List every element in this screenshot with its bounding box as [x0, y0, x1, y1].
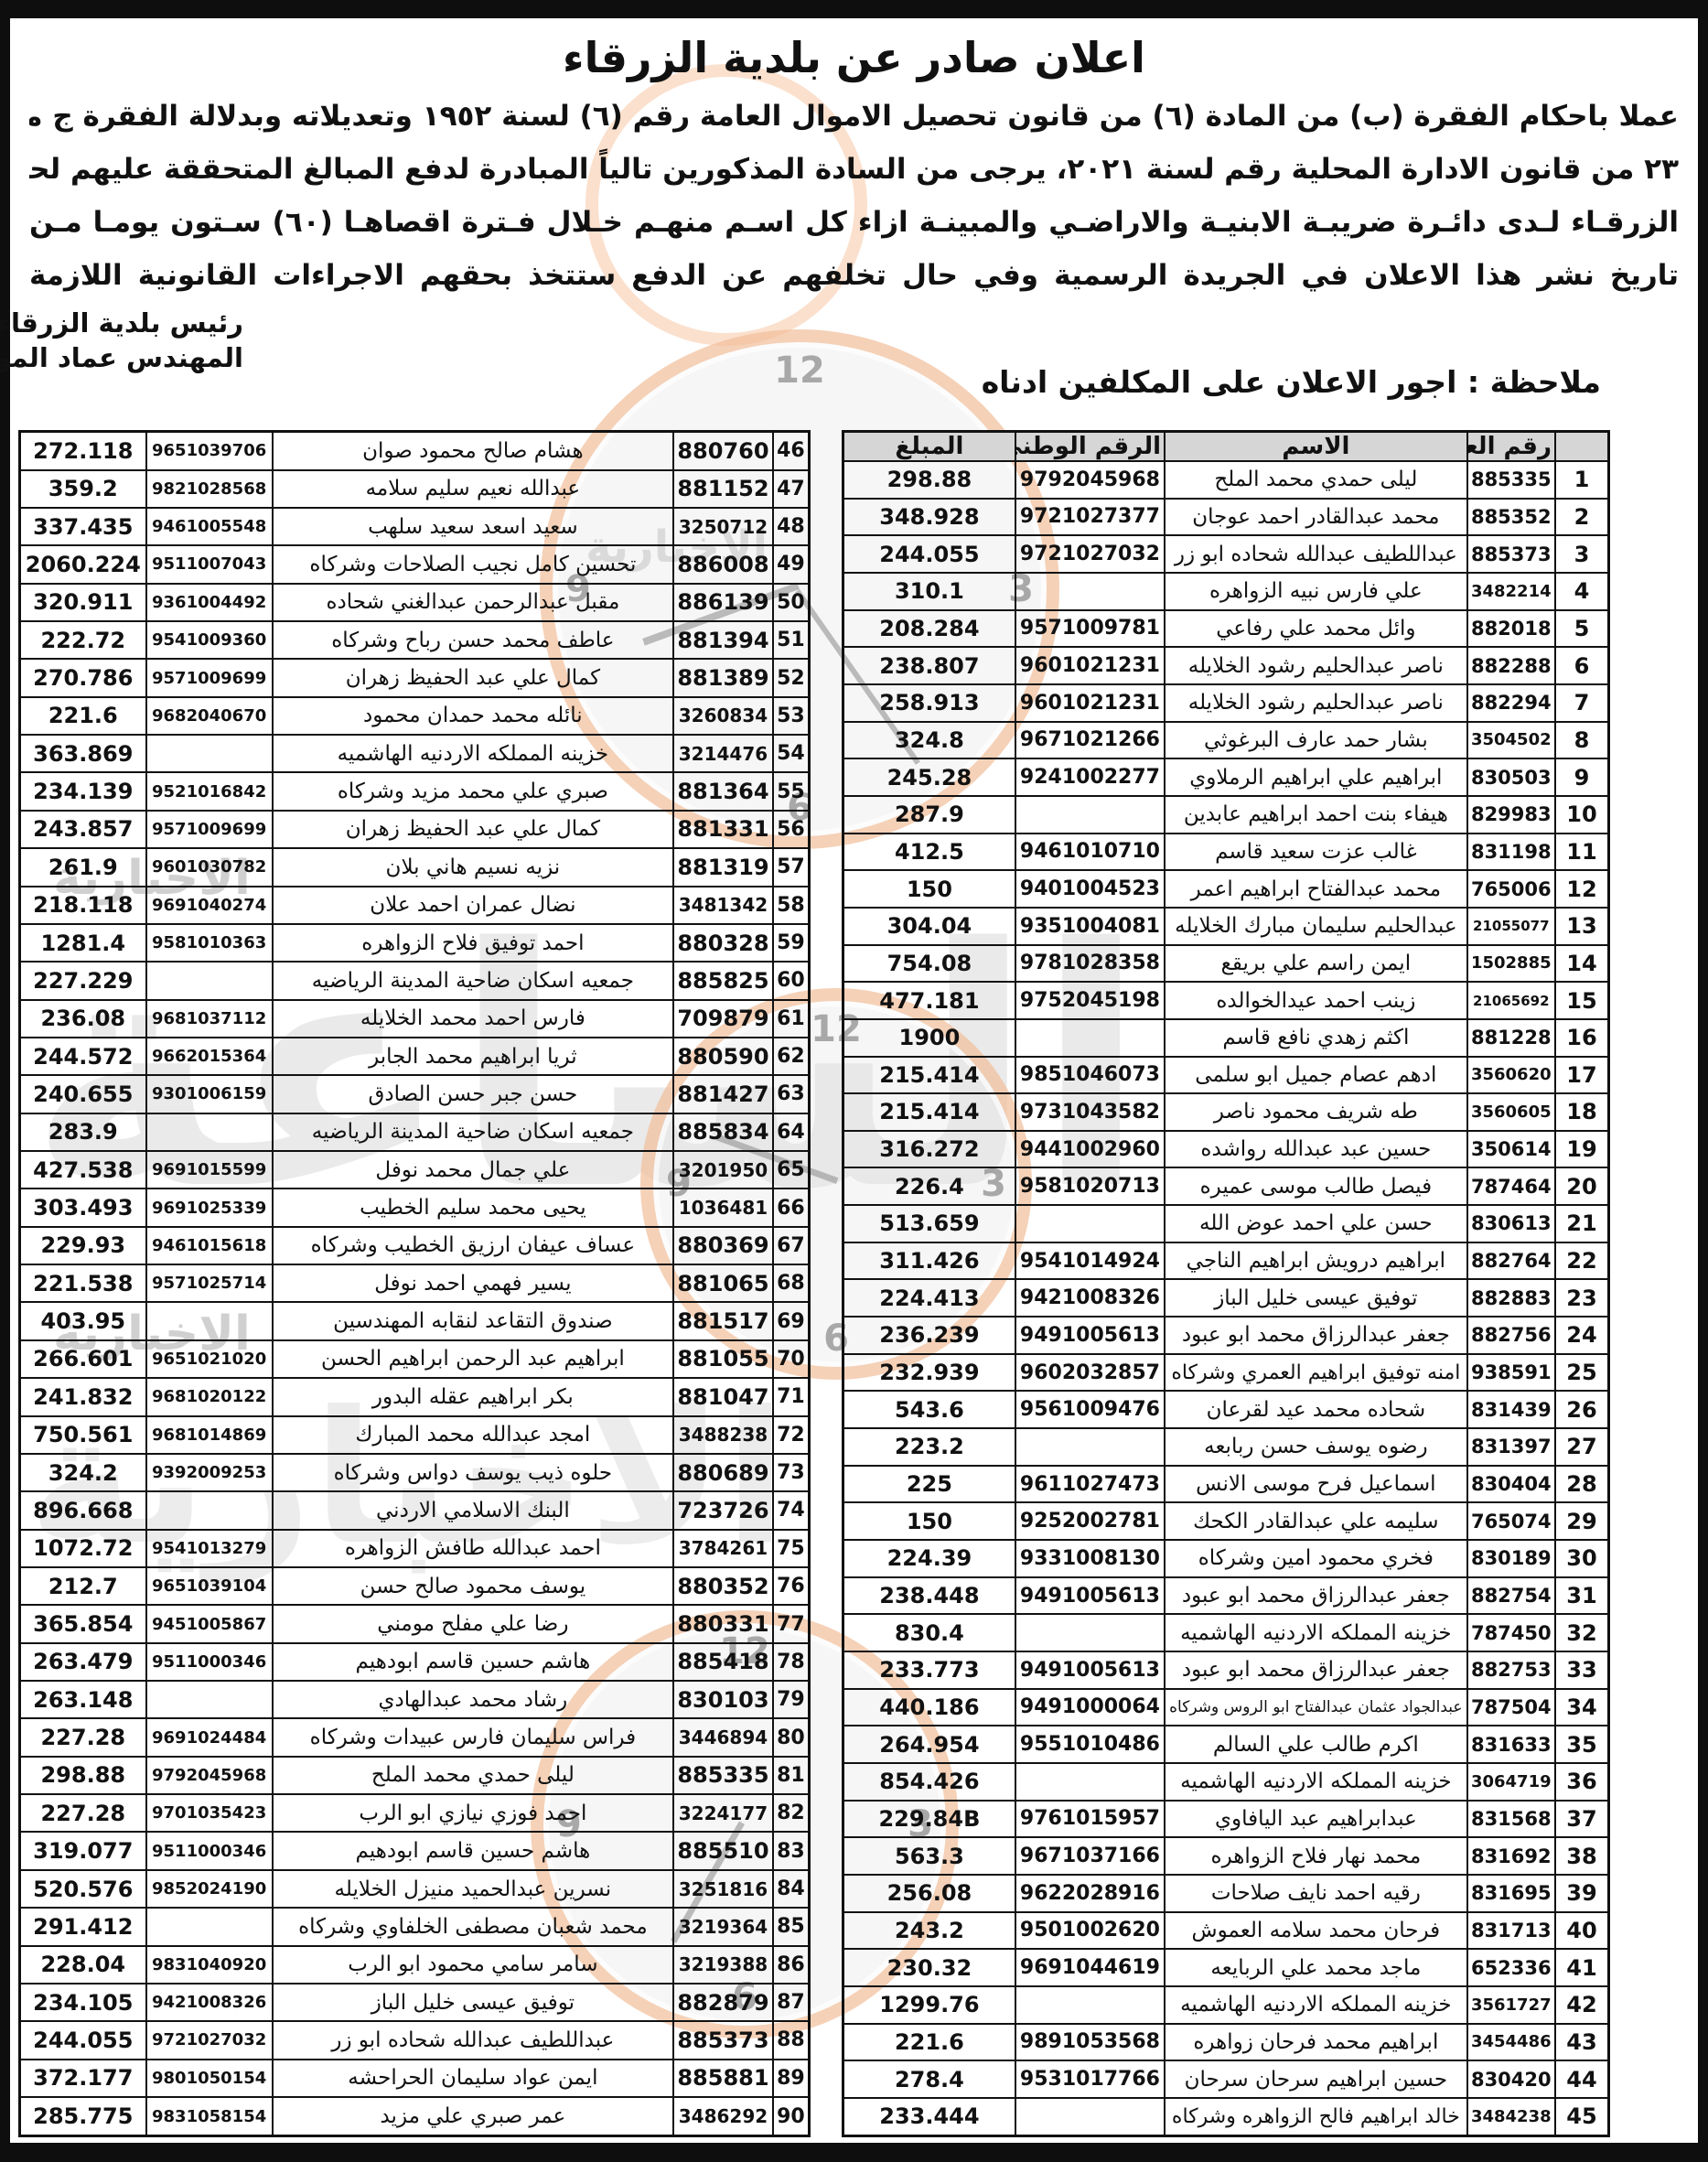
taxpayer-name-cell: نضال عمران احمد علان: [273, 887, 673, 924]
amount-cell: 324.8: [843, 722, 1015, 759]
property-number-cell: 3560620: [1467, 1057, 1555, 1094]
row-number-cell: 31: [1555, 1577, 1609, 1615]
taxpayer-name-cell: خزينه المملكه الاردنيه الهاشميه: [1165, 1763, 1467, 1801]
table-row: 39 831695 رقيه احمد نايف صلاحات 96220289…: [843, 1875, 1609, 1912]
property-number-cell: 709879: [673, 1000, 773, 1038]
row-number-cell: 73: [773, 1454, 810, 1491]
page-title: اعلان صادر عن بلدية الزرقاء: [27, 33, 1681, 82]
table-row: 21 830613 حسن علي احمد عوض الله 513.659: [843, 1205, 1609, 1242]
amount-cell: 316.272: [843, 1131, 1015, 1168]
national-id-cell: 9351004081: [1015, 908, 1165, 945]
national-id-cell: 9671021266: [1015, 722, 1165, 759]
amount-cell: 412.5: [843, 834, 1015, 871]
table-row: 86 3219388 سامر سامي محمود ابو الرب 9831…: [20, 1946, 810, 1984]
taxpayer-name-cell: رقيه احمد نايف صلاحات: [1165, 1875, 1467, 1912]
amount-cell: 256.08: [843, 1875, 1015, 1912]
frame-top-bar: [0, 0, 1708, 18]
row-number-cell: 49: [773, 545, 810, 583]
property-number-cell: 3251816: [673, 1870, 773, 1908]
taxpayer-name-cell: ابراهيم علي ابراهيم الرملاوي: [1165, 758, 1467, 796]
table-row: 16 881228 اكثم زهدي نافع قاسم 1900: [843, 1019, 1609, 1057]
amount-cell: 208.284: [843, 610, 1015, 648]
national-id-cell: 9721027377: [1015, 499, 1165, 536]
amount-cell: 236.08: [20, 1000, 146, 1038]
row-number-cell: 23: [1555, 1279, 1609, 1317]
property-number-cell: 885418: [673, 1643, 773, 1681]
row-number-cell: 20: [1555, 1167, 1609, 1205]
row-number-cell: 41: [1555, 1949, 1609, 1986]
table-row: 85 3219364 محمد شعبان مصطفى الخلفاوي وشر…: [20, 1908, 810, 1945]
row-number-cell: 55: [773, 772, 810, 810]
property-number-cell: 882288: [1467, 647, 1555, 684]
taxpayer-name-cell: رضا علي مفلح مومني: [273, 1605, 673, 1642]
row-number-cell: 30: [1555, 1540, 1609, 1577]
taxpayer-name-cell: توفيق عيسى خليل الباز: [1165, 1279, 1467, 1317]
taxpayer-name-cell: ليلى حمدي محمد الملح: [1165, 461, 1467, 499]
row-number-cell: 45: [1555, 2098, 1609, 2136]
taxpayer-name-cell: نزيه نسيم هاني بلان: [273, 848, 673, 886]
table-row: 72 3488238 امجد عبدالله محمد المبارك 968…: [20, 1416, 810, 1454]
property-number-cell: 881228: [1467, 1019, 1555, 1057]
taxpayer-name-cell: خزينه المملكه الاردنيه الهاشميه: [273, 735, 673, 772]
national-id-cell: 9891053568: [1015, 2024, 1165, 2061]
taxpayer-name-cell: فراس سليمان فارس عبيدات وشركاه: [273, 1718, 673, 1756]
taxpayer-name-cell: يسير فهمي احمد نوفل: [273, 1264, 673, 1302]
table-row: 30 830189 فخري محمود امين وشركاه 9331008…: [843, 1540, 1609, 1577]
property-number-cell: 882883: [1467, 1279, 1555, 1317]
amount-cell: 244.055: [20, 2021, 146, 2059]
amount-cell: 218.118: [20, 887, 146, 924]
row-number-cell: 70: [773, 1340, 810, 1378]
property-number-cell: 885825: [673, 962, 773, 999]
amount-cell: 221.6: [843, 2024, 1015, 2061]
table-row: 69 881517 صندوق التقاعد لنقابه المهندسين…: [20, 1302, 810, 1339]
taxpayer-name-cell: ادهم عصام جميل ابو سلمى: [1165, 1057, 1467, 1094]
announcement-paragraph: عملا باحكام الفقرة (ب) من المادة (٦) من …: [29, 90, 1679, 302]
national-id-cell: 9491005613: [1015, 1651, 1165, 1689]
table-row: 31 882754 جعفر عبدالرزاق محمد ابو عبود 9…: [843, 1577, 1609, 1615]
amount-cell: 272.118: [20, 432, 146, 470]
property-number-cell: 3560605: [1467, 1093, 1555, 1131]
row-number-cell: 63: [773, 1075, 810, 1113]
national-id-cell: 9421008326: [1015, 1279, 1165, 1317]
national-id-cell: [146, 962, 273, 999]
table-row: 10 829983 هيفاء بنت احمد ابراهيم عابدين …: [843, 796, 1609, 834]
table-row: 47 881152 عبدالله نعيم سليم سلامه 982102…: [20, 470, 810, 508]
table-row: 56 881331 كمال علي عبد الحفيظ زهران 9571…: [20, 811, 810, 848]
row-number-cell: 10: [1555, 796, 1609, 834]
frame-bottom-bar: [0, 2143, 1708, 2162]
property-number-cell: 881152: [673, 470, 773, 508]
taxpayer-name-cell: حسين عبد عبدالله رواشده: [1165, 1131, 1467, 1168]
row-number-cell: 34: [1555, 1689, 1609, 1726]
taxpayer-name-cell: خزينه المملكه الاردنيه الهاشميه: [1165, 1986, 1467, 2024]
property-number-cell: 880352: [673, 1567, 773, 1605]
amount-cell: 234.105: [20, 1984, 146, 2021]
signature-title: رئيس بلدية الزرقاء: [31, 306, 243, 340]
table-row: 48 3250712 سعيد اسعد سعيد سلهب 946100554…: [20, 508, 810, 545]
table-row: 61 709879 فارس احمد محمد الخلايله 968103…: [20, 1000, 810, 1038]
taxpayer-name-cell: وائل محمد علي رفاعي: [1165, 610, 1467, 648]
table-row: 67 880369 عساف عيفان ارزيق الخطيب وشركاه…: [20, 1227, 810, 1264]
row-number-cell: 11: [1555, 834, 1609, 871]
national-id-cell: 9731043582: [1015, 1093, 1165, 1131]
table-row: 52 881389 كمال علي عبد الحفيظ زهران 9571…: [20, 659, 810, 696]
national-id-cell: 9401004523: [1015, 870, 1165, 908]
property-number-cell: 765006: [1467, 870, 1555, 908]
amount-cell: 261.9: [20, 848, 146, 886]
national-id-cell: [146, 1302, 273, 1339]
table-row: 79 830103 رشاد محمد عبدالهادي 263.148: [20, 1681, 810, 1718]
national-id-cell: 9681014869: [146, 1416, 273, 1454]
paragraph-line-4: تاريخ نشر هذا الاعلان في الجريدة الرسمية…: [29, 249, 1679, 302]
property-number-cell: 765074: [1467, 1502, 1555, 1540]
national-id-cell: 9441002960: [1015, 1131, 1165, 1168]
taxpayer-name-cell: احمد فوزي نيازي ابو الرب: [273, 1794, 673, 1832]
row-number-cell: 29: [1555, 1502, 1609, 1540]
national-id-cell: 9581010363: [146, 924, 273, 962]
taxpayer-name-cell: محمد شعبان مصطفى الخلفاوي وشركاه: [273, 1908, 673, 1945]
row-number-cell: 54: [773, 735, 810, 772]
property-number-cell: 830189: [1467, 1540, 1555, 1577]
property-number-cell: 882756: [1467, 1317, 1555, 1354]
row-number-cell: 56: [773, 811, 810, 848]
row-number-cell: 57: [773, 848, 810, 886]
property-number-cell: 831692: [1467, 1837, 1555, 1875]
row-number-cell: 51: [773, 621, 810, 659]
taxpayer-name-cell: فارس احمد محمد الخلايله: [273, 1000, 673, 1038]
amount-cell: 543.6: [843, 1391, 1015, 1428]
amount-cell: 440.186: [843, 1689, 1015, 1726]
row-number-cell: 1: [1555, 461, 1609, 499]
property-number-cell: 21055077: [1467, 908, 1555, 945]
row-number-cell: 44: [1555, 2060, 1609, 2098]
taxpayer-name-cell: اسماعيل فرح موسى الانس: [1165, 1466, 1467, 1503]
amount-cell: 236.239: [843, 1317, 1015, 1354]
row-number-cell: 77: [773, 1605, 810, 1642]
taxpayer-name-cell: هيفاء بنت احمد ابراهيم عابدين: [1165, 796, 1467, 834]
national-id-cell: [1015, 796, 1165, 834]
property-number-cell: 3486292: [673, 2097, 773, 2136]
row-number-cell: 79: [773, 1681, 810, 1718]
amount-cell: 359.2: [20, 470, 146, 508]
national-id-cell: [1015, 1019, 1165, 1057]
property-number-cell: 830420: [1467, 2060, 1555, 2098]
row-number-cell: 58: [773, 887, 810, 924]
row-number-cell: 5: [1555, 610, 1609, 648]
national-id-cell: 9701035423: [146, 1794, 273, 1832]
table-row: 50 886139 مقبل عبدالرحمن عبدالغني شحاده …: [20, 584, 810, 621]
row-number-cell: 13: [1555, 908, 1609, 945]
taxpayer-name-cell: ايمن عواد سليمان الحراحشه: [273, 2060, 673, 2097]
row-number-cell: 53: [773, 697, 810, 735]
amount-cell: 240.655: [20, 1075, 146, 1113]
property-number-cell: 885373: [673, 2021, 773, 2059]
table-row: 80 3446894 فراس سليمان فارس عبيدات وشركا…: [20, 1718, 810, 1756]
table-row: 51 881394 عاطف محمد حسن رباح وشركاه 9541…: [20, 621, 810, 659]
signature-name: المهندس عماد المومني: [31, 340, 243, 375]
property-number-cell: 3561727: [1467, 1986, 1555, 2024]
taxpayer-name-cell: ليلى حمدي محمد الملح: [273, 1757, 673, 1794]
amount-cell: 283.9: [20, 1113, 146, 1151]
table-row: 34 787504 عبدالجواد عثمان عبدالفتاح ابو …: [843, 1689, 1609, 1726]
taxpayer-name-cell: سليمه علي عبدالقادر الكحك: [1165, 1502, 1467, 1540]
row-number-cell: 4: [1555, 573, 1609, 610]
national-id-cell: 9531017766: [1015, 2060, 1165, 2098]
amount-cell: 287.9: [843, 796, 1015, 834]
property-number-cell: 881055: [673, 1340, 773, 1378]
amount-cell: 232.939: [843, 1354, 1015, 1392]
property-number-cell: 882294: [1467, 684, 1555, 722]
table-row: 23 882883 توفيق عيسى خليل الباز 94210083…: [843, 1279, 1609, 1317]
amount-cell: 319.077: [20, 1832, 146, 1869]
national-id-cell: 9451005867: [146, 1605, 273, 1642]
property-number-cell: 831397: [1467, 1428, 1555, 1466]
taxpayer-name-cell: عساف عيفان ارزيق الخطيب وشركاه: [273, 1227, 673, 1264]
row-number-cell: 62: [773, 1038, 810, 1075]
taxpayer-name-cell: كمال علي عبد الحفيظ زهران: [273, 811, 673, 848]
table-row: 20 787464 فيصل طالب موسى عميره 958102071…: [843, 1167, 1609, 1205]
table-row: 28 830404 اسماعيل فرح موسى الانس 9611027…: [843, 1466, 1609, 1503]
property-number-cell: 880590: [673, 1038, 773, 1075]
table-row: 25 938591 امنه توفيق ابراهيم العمري وشرك…: [843, 1354, 1609, 1392]
table-row: 60 885825 جمعيه اسكان ضاحية المدينة الري…: [20, 962, 810, 999]
table-row: 32 787450 خزينه المملكه الاردنيه الهاشمي…: [843, 1614, 1609, 1651]
property-number-cell: 830613: [1467, 1205, 1555, 1242]
row-number-cell: 6: [1555, 647, 1609, 684]
amount-cell: 244.055: [843, 535, 1015, 573]
table-row: 2 885352 محمد عبدالقادر احمد عوجان 97210…: [843, 499, 1609, 536]
row-number-cell: 25: [1555, 1354, 1609, 1392]
taxpayer-name-cell: توفيق عيسى خليل الباز: [273, 1984, 673, 2021]
row-number-cell: 74: [773, 1491, 810, 1529]
amount-cell: 427.538: [20, 1151, 146, 1189]
taxpayer-name-cell: ثريا ابراهيم محمد الجابر: [273, 1038, 673, 1075]
taxpayer-name-cell: جمعيه اسكان ضاحية المدينة الرياضيه: [273, 962, 673, 999]
national-id-cell: 9801050154: [146, 2060, 273, 2097]
row-number-cell: 8: [1555, 722, 1609, 759]
taxpayer-name-cell: علي فارس نبيه الزواهره: [1165, 573, 1467, 610]
property-number-cell: 831633: [1467, 1726, 1555, 1763]
row-number-cell: 67: [773, 1227, 810, 1264]
table-row: 57 881319 نزيه نسيم هاني بلان 9601030782…: [20, 848, 810, 886]
amount-cell: 221.6: [20, 697, 146, 735]
taxpayer-name-cell: اكرم طالب علي السالم: [1165, 1726, 1467, 1763]
table-row: 81 885335 ليلى حمدي محمد الملح 979204596…: [20, 1757, 810, 1794]
taxpayer-name-cell: محمد عبدالفتاح ابراهيم اعمر: [1165, 870, 1467, 908]
amount-cell: 212.7: [20, 1567, 146, 1605]
amount-cell: 215.414: [843, 1093, 1015, 1131]
table-rows-46-90: 46 880760 هشام صالح محمود صوان 965103970…: [18, 430, 811, 2137]
table-row: 9 830503 ابراهيم علي ابراهيم الرملاوي 92…: [843, 758, 1609, 796]
national-id-cell: 9541013279: [146, 1530, 273, 1567]
amount-cell: 311.426: [843, 1242, 1015, 1280]
national-id-cell: 9602032857: [1015, 1354, 1165, 1392]
property-number-cell: 938591: [1467, 1354, 1555, 1392]
amount-cell: 234.139: [20, 772, 146, 810]
national-id-cell: 9691025339: [146, 1189, 273, 1226]
property-number-cell: 882754: [1467, 1577, 1555, 1615]
amount-cell: 227.28: [20, 1718, 146, 1756]
national-id-cell: 9821028568: [146, 470, 273, 508]
amount-cell: 243.857: [20, 811, 146, 848]
property-number-cell: 885352: [1467, 499, 1555, 536]
amount-cell: 563.3: [843, 1837, 1015, 1875]
property-number-cell: 880331: [673, 1605, 773, 1642]
amount-cell: 238.807: [843, 647, 1015, 684]
table-row: 68 881065 يسير فهمي احمد نوفل 9571025714…: [20, 1264, 810, 1302]
amount-cell: 372.177: [20, 2060, 146, 2097]
national-id-cell: [1015, 1763, 1165, 1801]
table-row: 13 21055077 عبدالحليم سليمان مبارك الخلا…: [843, 908, 1609, 945]
table-row: 7 882294 ناصر عبدالحليم رشود الخلايله 96…: [843, 684, 1609, 722]
taxpayer-name-cell: حسن علي احمد عوض الله: [1165, 1205, 1467, 1242]
row-number-cell: 76: [773, 1567, 810, 1605]
taxpayer-name-cell: شحاده محمد عيد لقرعان: [1165, 1391, 1467, 1428]
property-number-cell: 829983: [1467, 796, 1555, 834]
amount-cell: 1900: [843, 1019, 1015, 1057]
table-row: 41 652336 ماجد محمد علي الربايعه 9691044…: [843, 1949, 1609, 1986]
amount-cell: 363.869: [20, 735, 146, 772]
amount-cell: 238.448: [843, 1577, 1015, 1615]
table-row: 58 3481342 نضال عمران احمد علان 96910402…: [20, 887, 810, 924]
table-row: 49 886008 تحسين كامل نجيب الصلاحات وشركا…: [20, 545, 810, 583]
row-number-cell: 46: [773, 432, 810, 470]
property-number-cell: 723726: [673, 1491, 773, 1529]
amount-cell: 310.1: [843, 573, 1015, 610]
national-id-cell: 9792045968: [1015, 461, 1165, 499]
national-id-cell: 9651039104: [146, 1567, 273, 1605]
row-number-cell: 9: [1555, 758, 1609, 796]
national-id-cell: 9501002620: [1015, 1912, 1165, 1950]
property-number-cell: 3482214: [1467, 573, 1555, 610]
amount-cell: 365.854: [20, 1605, 146, 1642]
amount-cell: 150: [843, 1502, 1015, 1540]
table-row: 78 885418 هاشم حسين قاسم ابودهيم 9511000…: [20, 1643, 810, 1681]
amount-cell: 2060.224: [20, 545, 146, 583]
national-id-cell: 9831040920: [146, 1946, 273, 1984]
property-number-cell: 3484238: [1467, 2098, 1555, 2136]
row-number-cell: 64: [773, 1113, 810, 1151]
amount-cell: 244.572: [20, 1038, 146, 1075]
amount-cell: 226.4: [843, 1167, 1015, 1205]
amount-cell: 228.04: [20, 1946, 146, 1984]
amount-cell: 241.832: [20, 1378, 146, 1415]
property-number-cell: 3504502: [1467, 722, 1555, 759]
row-number-cell: 18: [1555, 1093, 1609, 1131]
row-number-cell: 69: [773, 1302, 810, 1339]
property-number-cell: 21065692: [1467, 982, 1555, 1019]
table-row: 64 885834 جمعيه اسكان ضاحية المدينة الري…: [20, 1113, 810, 1151]
amount-cell: 304.04: [843, 908, 1015, 945]
row-number-cell: 36: [1555, 1763, 1609, 1801]
amount-cell: 233.444: [843, 2098, 1015, 2136]
signature-block: رئيس بلدية الزرقاء المهندس عماد المومني: [31, 306, 243, 375]
amount-cell: 263.148: [20, 1681, 146, 1718]
national-id-cell: 9601030782: [146, 848, 273, 886]
national-id-cell: 9461005548: [146, 508, 273, 545]
taxpayer-name-cell: ابراهيم محمد فرحان زواهره: [1165, 2024, 1467, 2061]
amount-cell: 227.28: [20, 1794, 146, 1832]
taxpayer-name-cell: زينب احمد عيدالخوالده: [1165, 982, 1467, 1019]
row-number-cell: 7: [1555, 684, 1609, 722]
taxpayer-name-cell: فيصل طالب موسى عميره: [1165, 1167, 1467, 1205]
national-id-cell: 9331008130: [1015, 1540, 1165, 1577]
table-row: 90 3486292 عمر صبري علي مزيد 9831058154 …: [20, 2097, 810, 2136]
row-number-cell: 75: [773, 1530, 810, 1567]
national-id-cell: 9601021231: [1015, 647, 1165, 684]
row-number-cell: 21: [1555, 1205, 1609, 1242]
frame-right-bar: [1698, 0, 1708, 2162]
national-id-cell: 9651039706: [146, 432, 273, 470]
amount-cell: 1072.72: [20, 1530, 146, 1567]
row-number-cell: 90: [773, 2097, 810, 2136]
taxpayer-name-cell: جعفر عبدالرزاق محمد ابو عبود: [1165, 1577, 1467, 1615]
property-number-cell: 3250712: [673, 508, 773, 545]
national-id-cell: 9761015957: [1015, 1801, 1165, 1838]
clock-digit: 12: [774, 350, 825, 392]
table-row: 19 350614 حسين عبد عبدالله رواشده 944100…: [843, 1131, 1609, 1168]
row-number-cell: 19: [1555, 1131, 1609, 1168]
property-number-cell: 882764: [1467, 1242, 1555, 1280]
row-number-cell: 33: [1555, 1651, 1609, 1689]
taxpayer-name-cell: محمد عبدالقادر احمد عوجان: [1165, 499, 1467, 536]
amount-cell: 215.414: [843, 1057, 1015, 1094]
taxpayer-name-cell: نائله محمد حمدان محمود: [273, 697, 673, 735]
national-id-cell: 9792045968: [146, 1757, 273, 1794]
taxpayer-name-cell: هشام صالح محمود صوان: [273, 432, 673, 470]
table-row: 75 3784261 احمد عبدالله طافش الزواهره 95…: [20, 1530, 810, 1567]
national-id-cell: 9461015618: [146, 1227, 273, 1264]
taxpayer-name-cell: طه شريف محمود ناصر: [1165, 1093, 1467, 1131]
taxpayers-table-left: 46 880760 هشام صالح محمود صوان 965103970…: [18, 430, 811, 2137]
row-number-cell: 22: [1555, 1242, 1609, 1280]
property-number-cell: 830503: [1467, 758, 1555, 796]
amount-cell: 520.576: [20, 1870, 146, 1908]
table-row: 5 882018 وائل محمد علي رفاعي 9571009781 …: [843, 610, 1609, 648]
table-row: 38 831692 محمد نهار فلاح الزواهره 967103…: [843, 1837, 1609, 1875]
row-number-cell: 38: [1555, 1837, 1609, 1875]
row-number-cell: 37: [1555, 1801, 1609, 1838]
table-row: 82 3224177 احمد فوزي نيازي ابو الرب 9701…: [20, 1794, 810, 1832]
table-row: 63 881427 حسن جبر حسن الصادق 9301006159 …: [20, 1075, 810, 1113]
national-id-cell: 9671037166: [1015, 1837, 1165, 1875]
row-number-cell: 66: [773, 1189, 810, 1226]
table-row: 26 831439 شحاده محمد عيد لقرعان 95610094…: [843, 1391, 1609, 1428]
table-rows-1-45: رقم العقار الاسم الرقم الوطني المبلغ 1 8…: [842, 430, 1610, 2137]
table-row: 84 3251816 نسرين عبدالحميد منيزل الخلايل…: [20, 1870, 810, 1908]
row-number-cell: 80: [773, 1718, 810, 1756]
table-row: 88 885373 عبداللطيف عبدالله شحاده ابو زر…: [20, 2021, 810, 2059]
amount-cell: 270.786: [20, 659, 146, 696]
taxpayer-name-cell: عبداللطيف عبدالله شحاده ابو زر: [1165, 535, 1467, 573]
amount-cell: 298.88: [20, 1757, 146, 1794]
table-row: 12 765006 محمد عبدالفتاح ابراهيم اعمر 94…: [843, 870, 1609, 908]
taxpayer-name-cell: يحيى محمد سليم الخطيب: [273, 1189, 673, 1226]
row-number-cell: 59: [773, 924, 810, 962]
table-row: 46 880760 هشام صالح محمود صوان 965103970…: [20, 432, 810, 470]
national-id-cell: [146, 1681, 273, 1718]
table-row: 62 880590 ثريا ابراهيم محمد الجابر 96620…: [20, 1038, 810, 1075]
row-number-cell: 47: [773, 470, 810, 508]
row-number-cell: 85: [773, 1908, 810, 1945]
national-id-cell: 9491005613: [1015, 1577, 1165, 1615]
amount-cell: 754.08: [843, 945, 1015, 983]
taxpayer-name-cell: كمال علي عبد الحفيظ زهران: [273, 659, 673, 696]
taxpayer-name-cell: البنك الاسلامي الاردني: [273, 1491, 673, 1529]
property-number-cell: 880369: [673, 1227, 773, 1264]
column-header-property: رقم العقار: [1467, 432, 1555, 462]
